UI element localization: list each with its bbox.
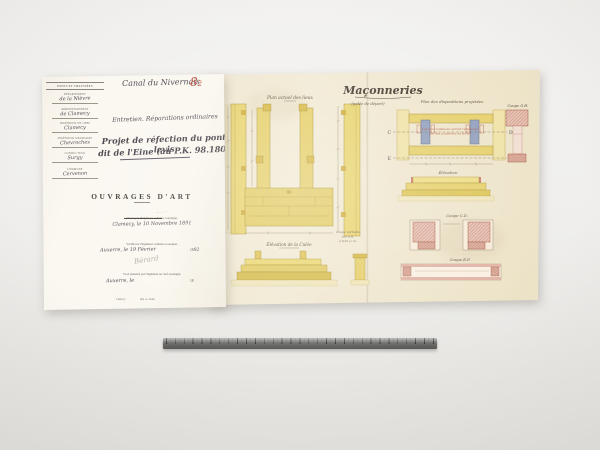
- coupe-ab-line2: par A.B.: [342, 235, 354, 239]
- form-field: INGÉNIEUR ORDINAIRE Chevroches: [44, 137, 106, 148]
- masonry-plan: C D E F Les gros bandeaux seront remplac…: [387, 110, 513, 166]
- field-value: Surgy: [44, 154, 106, 162]
- masonry-title: Maçonneries: [342, 84, 423, 97]
- archive-stamp: · · · · · · · · · ·: [45, 224, 51, 270]
- checked-year-printed: 1892: [190, 248, 199, 253]
- presented-label: Vu et présenté par l'Ingénieur en chef s…: [92, 272, 212, 276]
- coupe-ab-line1: Coupe verticale: [336, 230, 360, 234]
- red-note-line1: Les gros bandeaux seront remplacés: [421, 127, 478, 131]
- checked-label: Vérifié par l'Ingénieur ordinaire soussi…: [92, 242, 212, 246]
- coupe-cd: Coupe C.D.: [410, 213, 493, 250]
- plan-right-bank: [344, 104, 360, 236]
- letter-e: E: [388, 156, 391, 162]
- panel-masonry: Maçonneries (palée de départ) Plan des d…: [342, 84, 528, 280]
- field-value: Clamecy: [44, 124, 106, 132]
- ouvrages-heading: OUVRAGES D'ART: [74, 192, 210, 201]
- coupe-ef: Coupe E.F.: [401, 257, 501, 280]
- letter-d: D: [509, 130, 513, 136]
- form-field: DÉPARTEMENT de la Nièvre: [44, 93, 106, 104]
- signature: Bérard: [134, 254, 160, 265]
- canal-title: Canal du Nivernais: [100, 76, 222, 88]
- drawn-value: Clamecy, le 10 Novembre 1891: [92, 220, 212, 228]
- technical-drawings: Plan actuel des lieux: [205, 70, 540, 305]
- pencil-annotation: — — —: [102, 208, 222, 216]
- year-script: 92: [194, 248, 200, 253]
- coupe-ab-line3: à 0,01 p. m.: [339, 239, 357, 243]
- form-field: CONDUCTEUR Surgy: [44, 152, 106, 163]
- coupe-cd-label: Coupe C.D.: [446, 213, 468, 218]
- form-field: INGÉNIEUR EN CHEF Clamecy: [44, 122, 106, 133]
- field-value: Chevroches: [44, 138, 106, 146]
- panel1-title: Plan actuel des lieux: [266, 96, 314, 101]
- cover-sheet: PONTS ET CHAUSSÉES Canal du Nivernais 82…: [42, 74, 226, 310]
- plan-abutment-u: [245, 104, 333, 226]
- service-line: Entretien. Réparations ordinaires: [106, 113, 224, 124]
- field-value: Cervenon: [44, 169, 106, 177]
- corner-label: PONTS ET CHAUSSÉES: [46, 82, 104, 90]
- form-field: ARRONDISSEMENT de Clamecy: [44, 108, 106, 119]
- imprint-left: Clamecy.: [116, 298, 126, 301]
- presented-year-printed: 18: [190, 279, 194, 283]
- scale-ruler: [163, 338, 437, 349]
- masonry-elevation-label: Élévation: [437, 170, 458, 175]
- plan-coupe-ab: Coupe verticale par A.B. à 0,01 p. m.: [336, 230, 369, 285]
- masonry-subtitle: (palée de départ): [351, 101, 385, 106]
- field-value: de Clamecy: [44, 109, 106, 117]
- imprint-right: Imp. A. Staub.: [140, 298, 155, 301]
- photo-stage: Plan actuel des lieux: [0, 0, 600, 450]
- plan-elevation-culee: Élévation de la Culée: [231, 242, 337, 286]
- coupe-gh-label: Coupe G.H.: [508, 104, 529, 108]
- elevation-culee-label: Élévation de la Culée: [265, 242, 312, 247]
- folio-number: 82: [190, 75, 202, 89]
- letter-c: C: [387, 130, 391, 136]
- presented-value: Auxerre, le: [106, 278, 134, 284]
- ruler-shine: [163, 338, 437, 349]
- masonry-plan-label: Plan des dispositions projetées: [420, 99, 484, 104]
- coupe-ef-label: Coupe E.F.: [450, 257, 471, 262]
- form-field: COMMUNE Cervenon: [44, 168, 106, 179]
- field-value: de la Nièvre: [44, 95, 106, 103]
- checked-value: Auxerre, le 19 Février: [100, 247, 156, 254]
- folio-main: 8: [190, 75, 198, 89]
- panel-plan-actuel: Plan actuel des lieux: [225, 96, 369, 286]
- masonry-elevation: Élévation: [398, 170, 494, 201]
- red-note-line2: par des poutrelles en fer à I: [429, 132, 472, 136]
- folio-sub: 2: [198, 80, 202, 88]
